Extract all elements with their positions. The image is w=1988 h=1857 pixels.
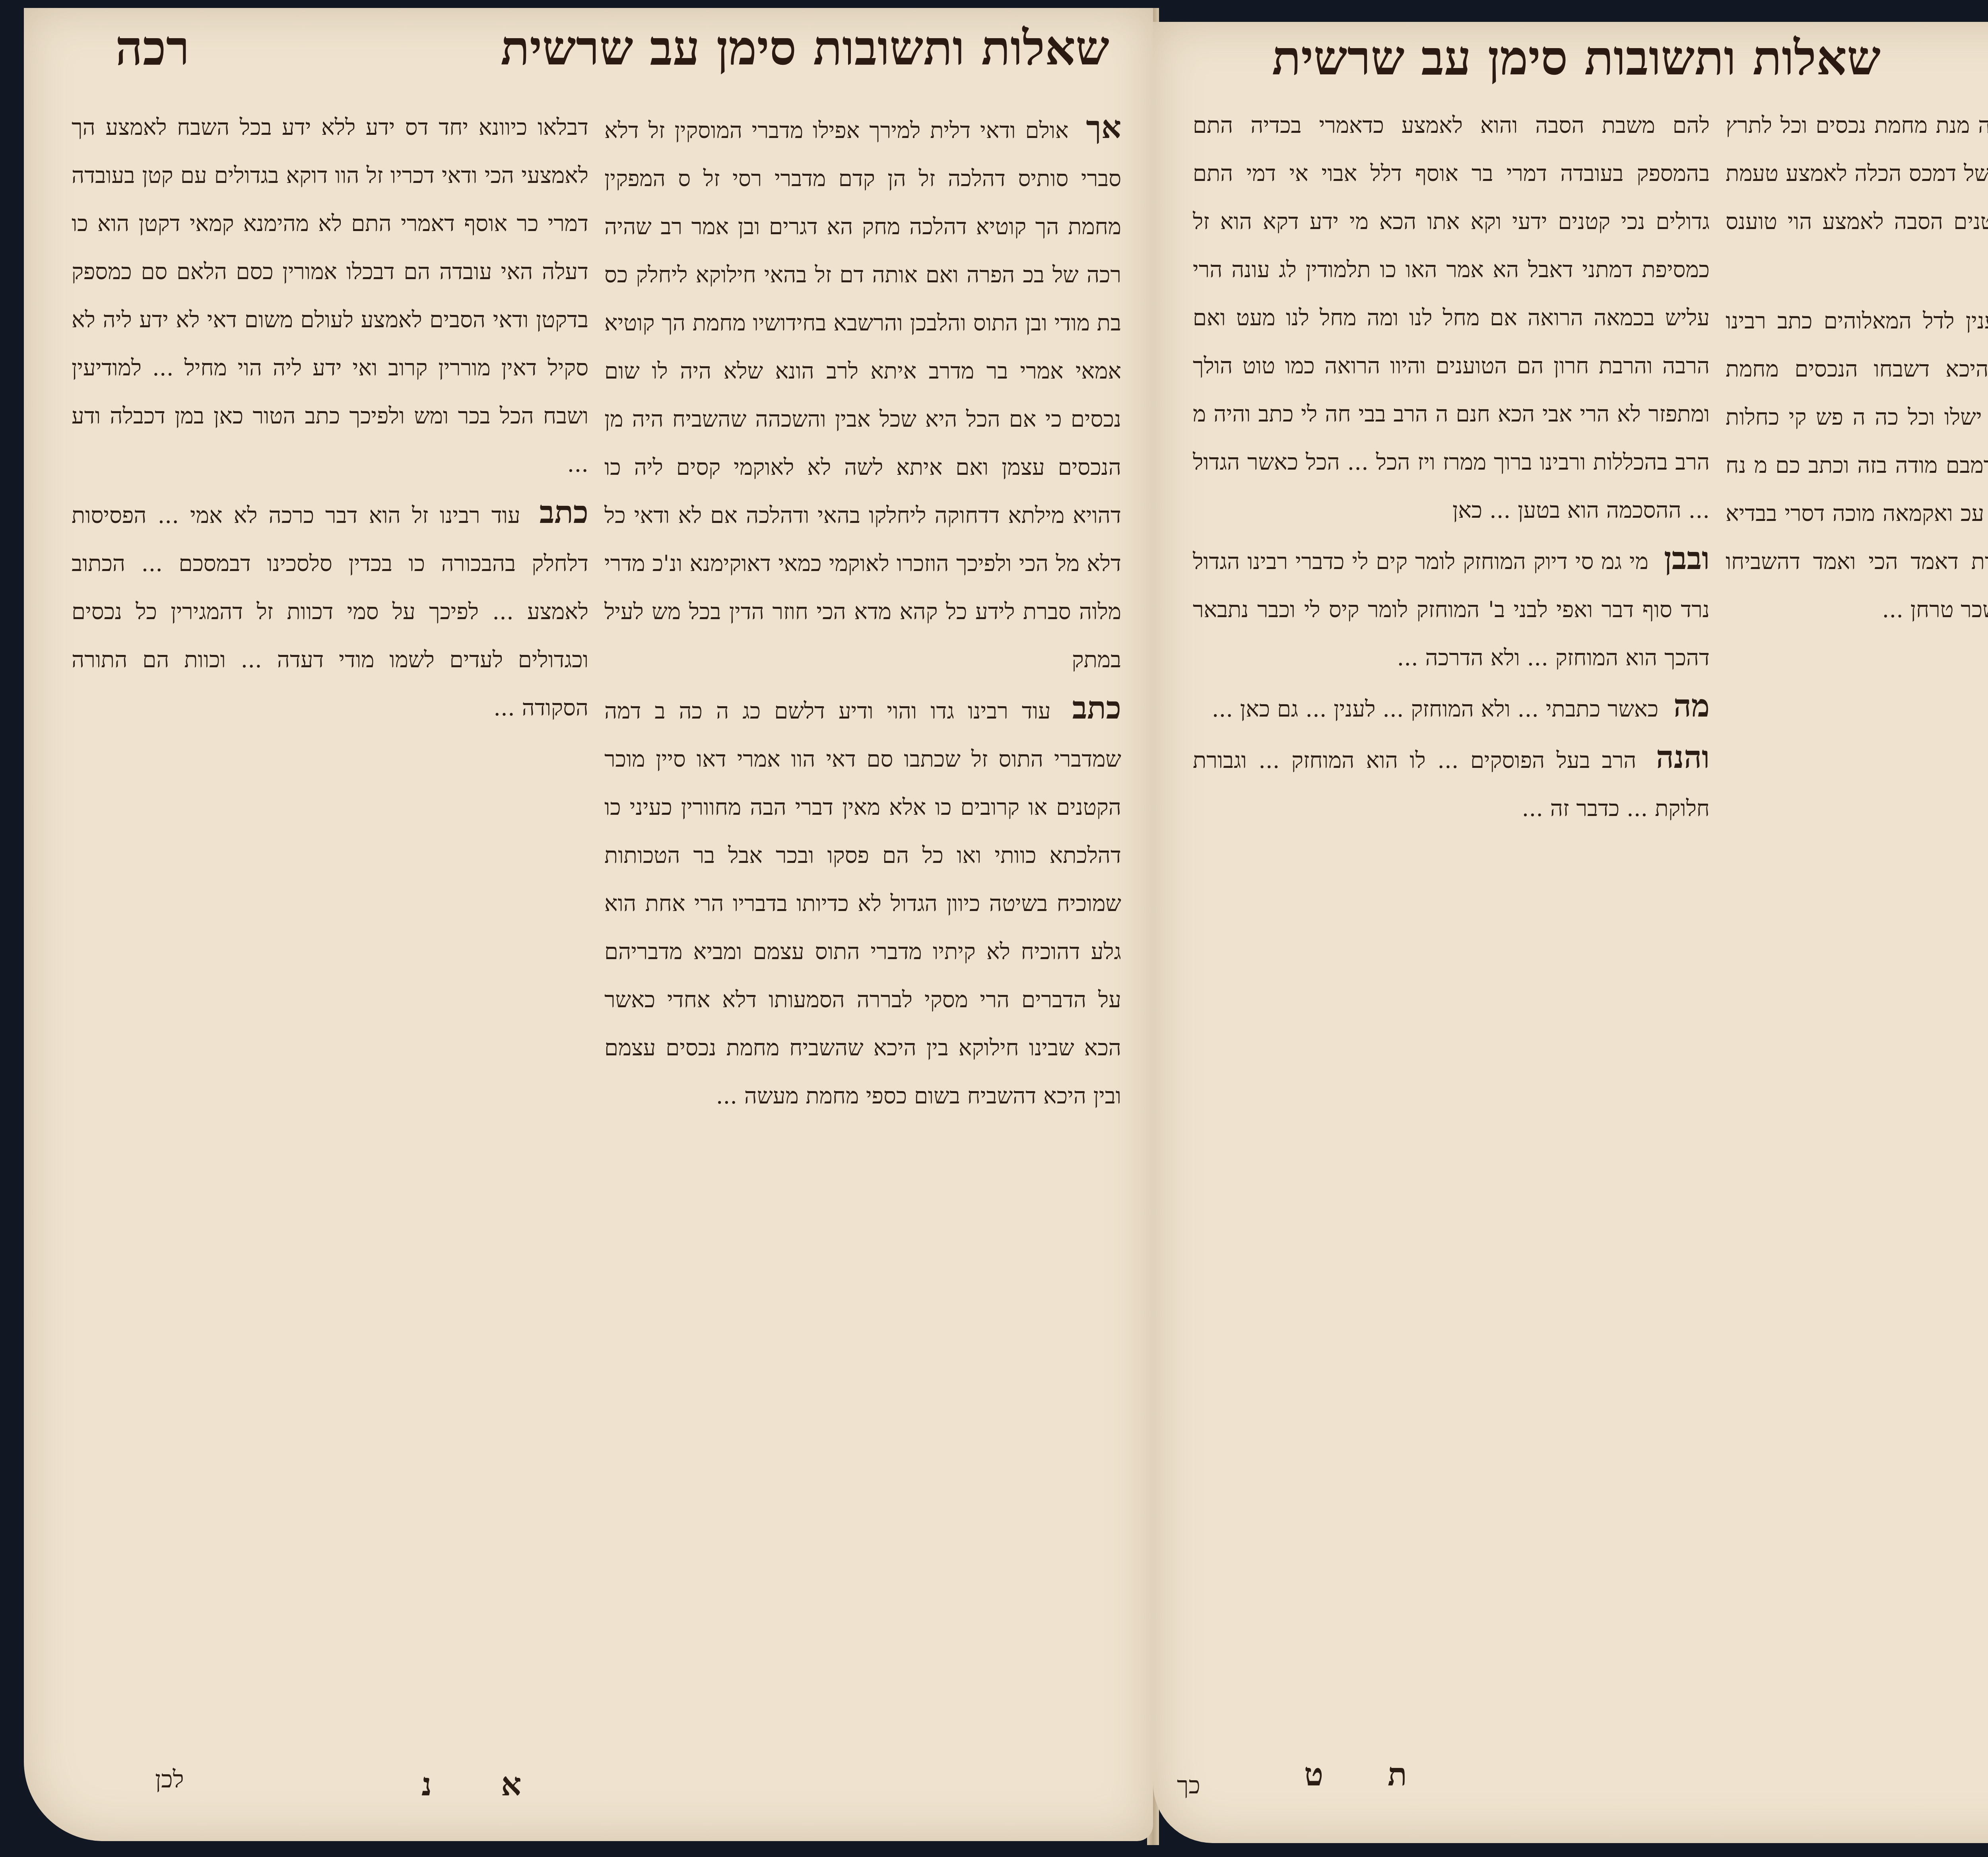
paragraph-keyword: ובבן <box>1664 540 1710 577</box>
signature-mark: ט <box>1304 1756 1323 1793</box>
left-running-head-title: שאלות ותשובות סימן עב שרשית <box>501 20 1109 76</box>
paragraph-keyword: כתב <box>540 494 588 530</box>
paragraph-text: עוד רבינו גדו והוי ודיע דלשם כג ה כה ב ד… <box>604 698 1121 1109</box>
catchword: לכן <box>155 1766 184 1793</box>
right-page-left-column: להם משבת הסבה והוא לאמצע כדאמרי בכדיה הת… <box>1193 101 1710 1712</box>
paragraph-keyword: מה <box>1673 688 1710 724</box>
signature-mark: ת <box>1388 1756 1407 1793</box>
paragraph-text: דווי ועבר כהן עיסקא חביב ליה מנת מחמת נכ… <box>1726 113 1988 283</box>
right-page: שאלות ותשובות סימן עב שרשית רכו להם משבת… <box>1153 22 1988 1843</box>
paragraph-text: הרב בעל הפוסקים ... לו הוא המוחזק ... וג… <box>1193 748 1710 822</box>
left-page: שאלות ותשובות סימן עב שרשית רכה אך אולם … <box>24 8 1153 1841</box>
catchword: כך <box>1177 1772 1200 1799</box>
paragraph-keyword: והנה <box>1656 739 1710 775</box>
paragraph-text: דבלאו כיוונא יחד דס ידע ללא ידע בכל השבח… <box>72 115 588 477</box>
signature-mark: א <box>501 1766 521 1803</box>
paragraph-keyword: אך <box>1086 109 1121 146</box>
right-running-head: שאלות ותשובות סימן עב שרשית <box>1272 30 1881 86</box>
left-page-number: רכה <box>115 20 190 76</box>
paragraph-text: מעתה הכלל הזה לענין לדל המאלוהים כתב רבי… <box>1726 308 1988 623</box>
signature-mark: נ <box>421 1766 432 1803</box>
left-page-left-column: דבלאו כיוונא יחד דס ידע ללא ידע בכל השבח… <box>72 103 588 1734</box>
right-running-head-title: שאלות ותשובות סימן עב שרשית <box>1272 30 1881 86</box>
left-running-head: שאלות ותשובות סימן עב שרשית <box>501 20 1109 76</box>
paragraph-text: כאשר כתבתי ... ולא המוחזק ... לענין ... … <box>1212 696 1658 722</box>
paragraph-text: אולם ודאי דלית למירך אפילו מדברי המוסקין… <box>604 118 1121 673</box>
left-page-right-column: אך אולם ודאי דלית למירך אפילו מדברי המוס… <box>604 103 1121 1734</box>
paragraph-text: להם משבת הסבה והוא לאמצע כדאמרי בכדיה הת… <box>1193 113 1710 523</box>
paragraph-text: מי גמ סי דיוק המוחזק לומר קים לי כדברי ר… <box>1193 549 1710 671</box>
right-page-right-column: דווי ועבר כהן עיסקא חביב ליה מנת מחמת נכ… <box>1726 101 1988 1712</box>
paragraph-text: עוד רבינו זל הוא דבר כרכה לא אמי ... הפס… <box>72 503 588 721</box>
paragraph-keyword: כתב <box>1072 690 1121 726</box>
